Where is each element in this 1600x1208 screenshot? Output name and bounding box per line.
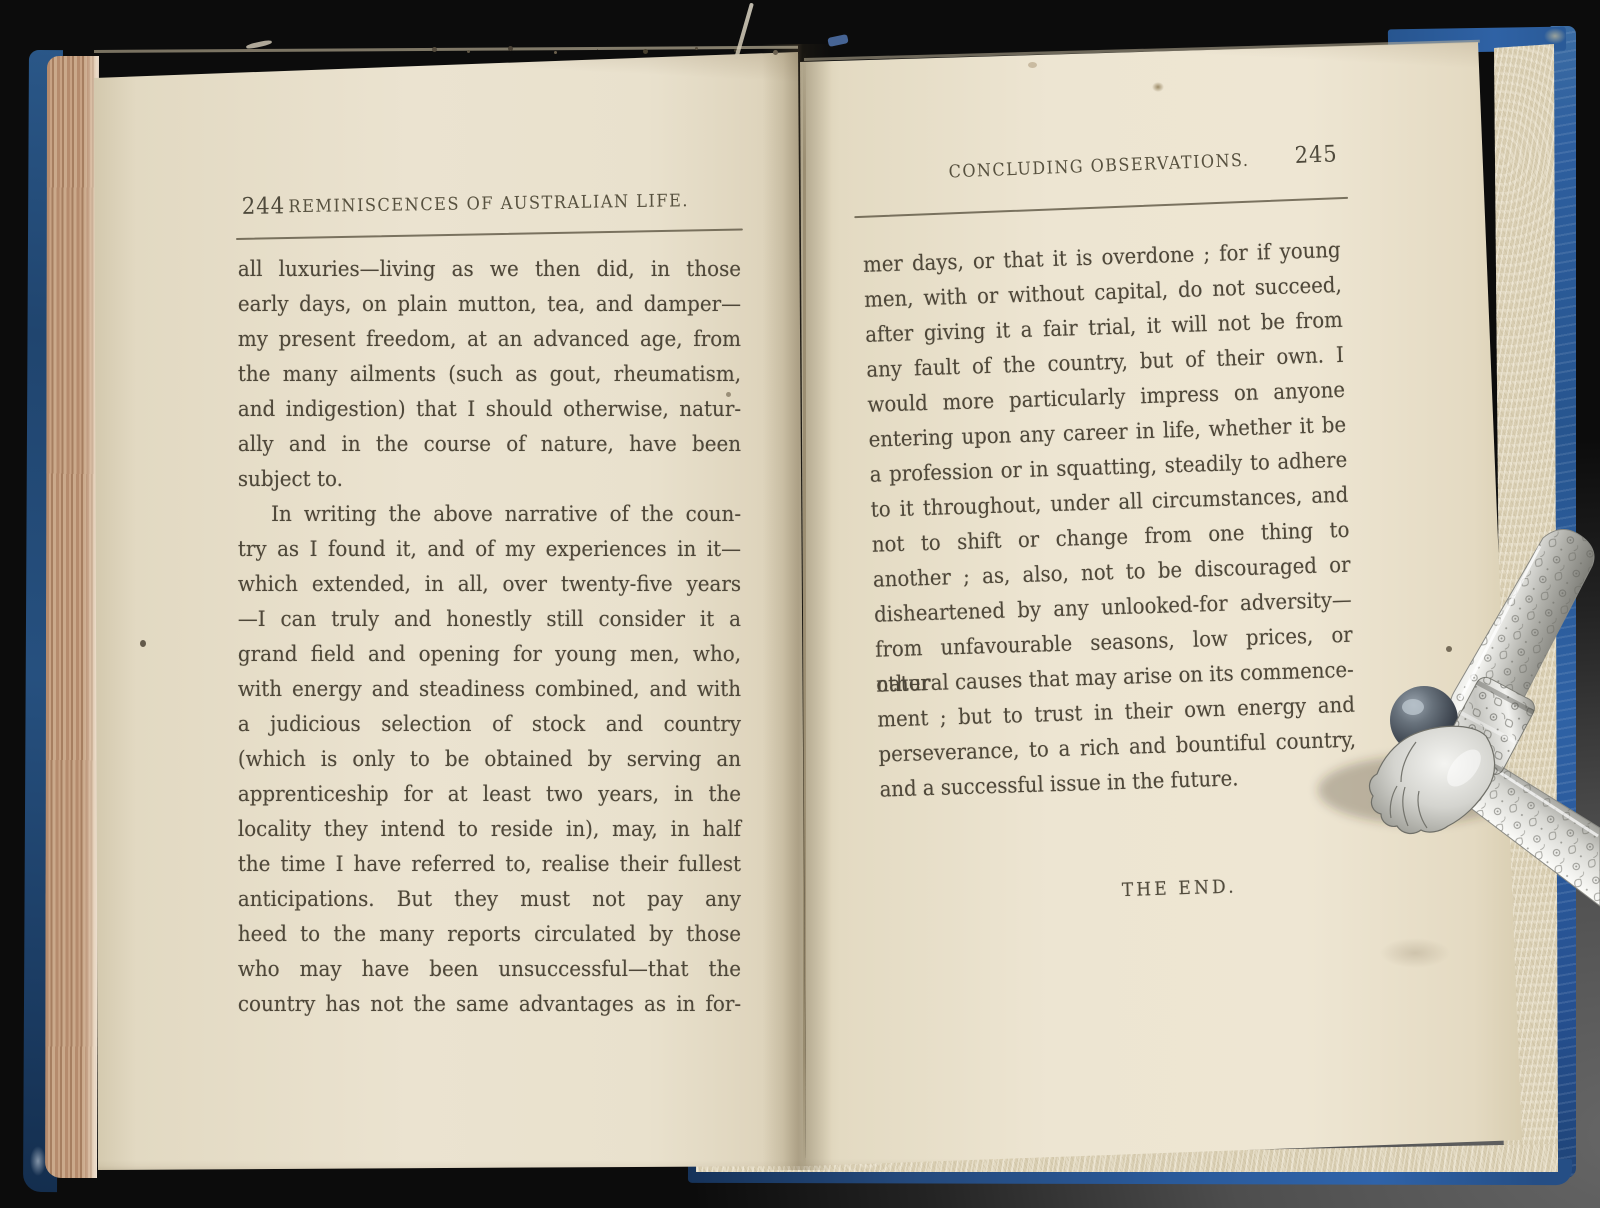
left-page-top-edge xyxy=(94,46,798,53)
silver-hand-page-clip-icon xyxy=(1248,528,1600,910)
page-edge-dirt-specks xyxy=(432,47,437,52)
foxing-spot xyxy=(140,640,146,647)
text-line: the many ailments (such as gout, rheumat… xyxy=(238,357,741,392)
text-line: ally and in the course of nature, have b… xyxy=(238,427,741,462)
book-gutter-line xyxy=(803,52,806,1164)
text-line: In writing the above narrative of the co… xyxy=(238,497,741,532)
cover-wear-mark xyxy=(1544,28,1566,44)
text-line: which extended, in all, over twenty-five… xyxy=(238,567,741,602)
text-line: a judicious selection of stock and count… xyxy=(238,707,741,742)
text-line: anticipations. But they must not pay any xyxy=(238,882,741,917)
left-running-header: REMINISCENCES OF AUSTRALIAN LIFE. xyxy=(236,190,741,218)
text-line: all luxuries—living as we then did, in t… xyxy=(238,252,741,287)
left-page-content: 244 REMINISCENCES OF AUSTRALIAN LIFE. al… xyxy=(236,192,741,222)
left-page-text: all luxuries—living as we then did, in t… xyxy=(238,252,741,1022)
text-line: (which is only to be obtained by serving… xyxy=(238,742,741,777)
cover-wear-mark xyxy=(30,1146,46,1176)
paper-fiber xyxy=(734,3,754,60)
text-line: with energy and steadiness combined, and… xyxy=(238,672,741,707)
page-block-edges xyxy=(45,56,99,1178)
text-line: subject to. xyxy=(238,462,741,497)
gutter-blue-speck xyxy=(827,34,848,47)
foxing-spot xyxy=(1028,62,1037,68)
text-line: country has not the same advantages as i… xyxy=(238,987,741,1022)
text-line: try as I found it, and of my experiences… xyxy=(238,532,741,567)
text-line: and indigestion) that I should otherwise… xyxy=(238,392,741,427)
right-page-number: 245 xyxy=(1294,141,1338,169)
text-line: apprenticeship for at least two years, i… xyxy=(238,777,741,812)
text-line: the time I have referred to, realise the… xyxy=(238,847,741,882)
book-photograph: 244 REMINISCENCES OF AUSTRALIAN LIFE. al… xyxy=(0,0,1600,1208)
text-line: locality they intend to reside in), may,… xyxy=(238,812,741,847)
text-line: heed to the many reports circulated by t… xyxy=(238,917,741,952)
text-line: my present freedom, at an advanced age, … xyxy=(238,322,741,357)
book-gutter-shadow xyxy=(762,44,832,1170)
text-line: —I can truly and honestly still consider… xyxy=(238,602,741,637)
page-stain xyxy=(1380,938,1450,968)
left-page-header: 244 REMINISCENCES OF AUSTRALIAN LIFE. xyxy=(236,184,741,222)
text-line: who may have been unsuccessful—that the xyxy=(238,952,741,987)
text-line: early days, on plain mutton, tea, and da… xyxy=(238,287,741,322)
text-line: grand field and opening for young men, w… xyxy=(238,637,741,672)
foxing-spot xyxy=(1152,82,1164,92)
